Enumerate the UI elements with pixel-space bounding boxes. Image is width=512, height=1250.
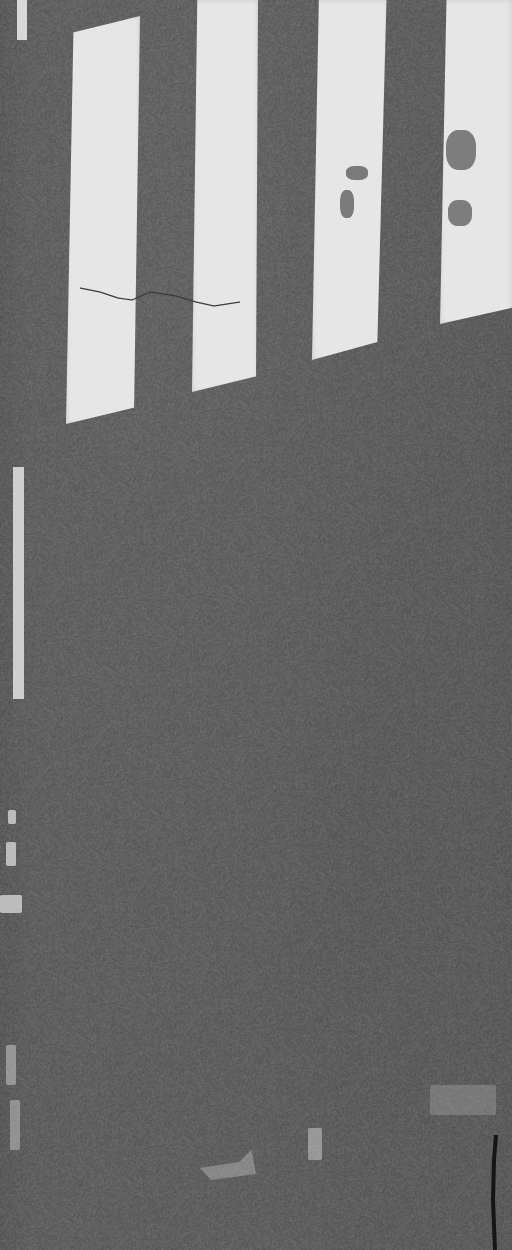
- worn-paint-mark: [6, 842, 16, 866]
- crack-line: [0, 0, 512, 1250]
- worn-paint-mark: [430, 1085, 496, 1115]
- worn-paint-mark: [308, 1128, 322, 1160]
- edge-line-top: [17, 0, 27, 40]
- worn-paint-mark: [10, 1100, 20, 1150]
- road-scene: Asphalt road with crosswalk stripes: [0, 0, 512, 1250]
- worn-paint-mark: [0, 895, 22, 913]
- worn-paint-mark: [8, 810, 16, 824]
- edge-line-middle: [13, 467, 24, 699]
- worn-paint-mark: [6, 1045, 16, 1085]
